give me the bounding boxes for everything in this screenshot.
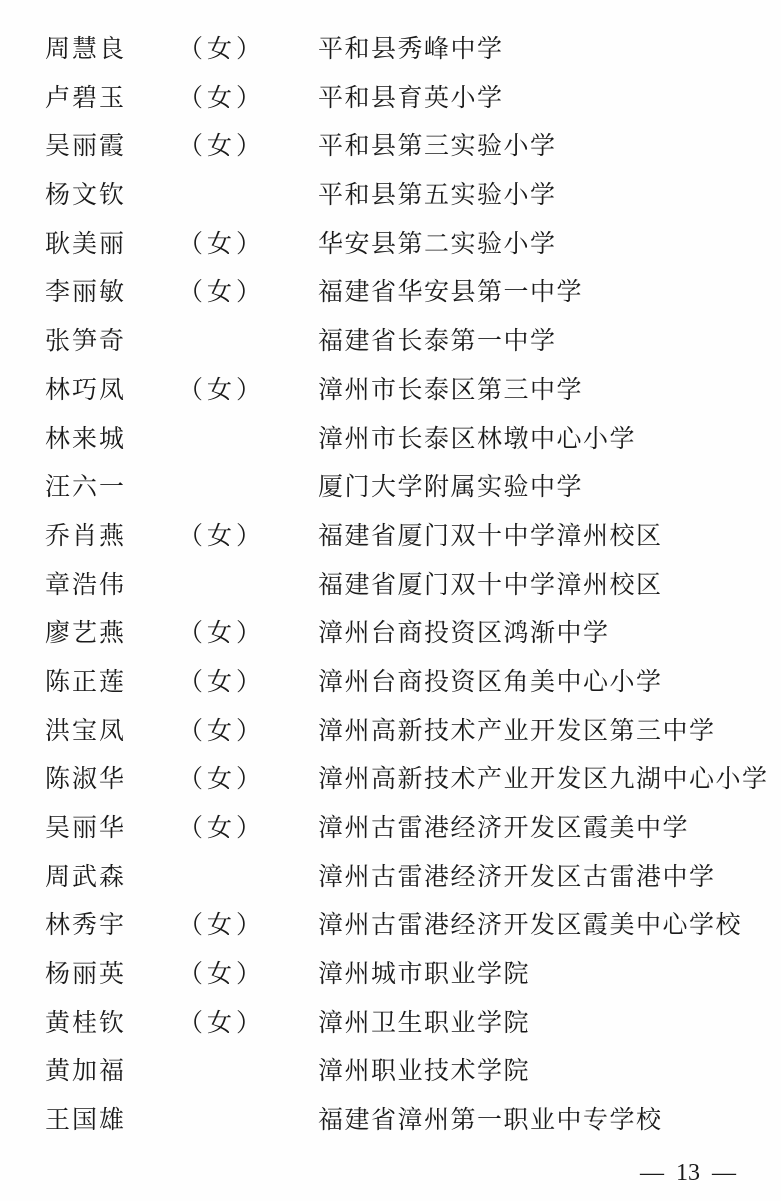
person-name: 周武森	[45, 855, 126, 904]
list-item: 陈正莲 （女） 漳州台商投资区角美中心小学	[0, 660, 781, 709]
document-page: 周慧良 （女） 平和县秀峰中学 卢碧玉 （女） 平和县育英小学 吴丽霞 （女） …	[0, 0, 781, 1201]
gender-note: （女）	[178, 27, 265, 76]
person-name: 杨丽英	[45, 952, 126, 1001]
person-name: 杨文钦	[45, 173, 126, 222]
school-name: 漳州高新技术产业开发区第三中学	[318, 709, 716, 758]
gender-note: （女）	[178, 76, 265, 125]
person-name: 吴丽华	[45, 806, 126, 855]
gender-note: （女）	[178, 757, 265, 806]
list-item: 林来城 漳州市长泰区林墩中心小学	[0, 417, 781, 466]
person-name: 章浩伟	[45, 563, 126, 612]
school-name: 福建省长泰第一中学	[318, 319, 557, 368]
person-name: 汪六一	[45, 465, 126, 514]
gender-note: （女）	[178, 368, 265, 417]
school-name: 平和县第五实验小学	[318, 173, 557, 222]
list-item: 廖艺燕 （女） 漳州台商投资区鸿渐中学	[0, 611, 781, 660]
school-name: 平和县第三实验小学	[318, 124, 557, 173]
list-item: 杨丽英 （女） 漳州城市职业学院	[0, 952, 781, 1001]
list-item: 黄桂钦 （女） 漳州卫生职业学院	[0, 1001, 781, 1050]
school-name: 漳州城市职业学院	[318, 952, 530, 1001]
person-name: 李丽敏	[45, 270, 126, 319]
school-name: 漳州台商投资区鸿渐中学	[318, 611, 610, 660]
person-name: 陈正莲	[45, 660, 126, 709]
school-name: 漳州高新技术产业开发区九湖中心小学	[318, 757, 769, 806]
list-item: 王国雄 福建省漳州第一职业中专学校	[0, 1098, 781, 1147]
person-name: 林秀宇	[45, 903, 126, 952]
school-name: 福建省漳州第一职业中专学校	[318, 1098, 663, 1147]
list-item: 乔肖燕 （女） 福建省厦门双十中学漳州校区	[0, 514, 781, 563]
list-item: 吴丽霞 （女） 平和县第三实验小学	[0, 124, 781, 173]
school-name: 福建省厦门双十中学漳州校区	[318, 514, 663, 563]
gender-note: （女）	[178, 903, 265, 952]
gender-note: （女）	[178, 124, 265, 173]
honoree-list: 周慧良 （女） 平和县秀峰中学 卢碧玉 （女） 平和县育英小学 吴丽霞 （女） …	[0, 27, 781, 1147]
gender-note: （女）	[178, 660, 265, 709]
list-item: 林巧凤 （女） 漳州市长泰区第三中学	[0, 368, 781, 417]
page-number: — 13 —	[640, 1158, 736, 1188]
person-name: 林巧凤	[45, 368, 126, 417]
gender-note: （女）	[178, 222, 265, 271]
list-item: 卢碧玉 （女） 平和县育英小学	[0, 76, 781, 125]
school-name: 漳州市长泰区第三中学	[318, 368, 583, 417]
gender-note: （女）	[178, 1001, 265, 1050]
person-name: 周慧良	[45, 27, 126, 76]
person-name: 黄桂钦	[45, 1001, 126, 1050]
person-name: 黄加福	[45, 1049, 126, 1098]
person-name: 林来城	[45, 417, 126, 466]
school-name: 平和县秀峰中学	[318, 27, 504, 76]
gender-note: （女）	[178, 709, 265, 758]
person-name: 王国雄	[45, 1098, 126, 1147]
person-name: 洪宝凤	[45, 709, 126, 758]
list-item: 黄加福 漳州职业技术学院	[0, 1049, 781, 1098]
list-item: 汪六一 厦门大学附属实验中学	[0, 465, 781, 514]
list-item: 陈淑华 （女） 漳州高新技术产业开发区九湖中心小学	[0, 757, 781, 806]
gender-note: （女）	[178, 611, 265, 660]
school-name: 福建省华安县第一中学	[318, 270, 583, 319]
school-name: 漳州职业技术学院	[318, 1049, 530, 1098]
list-item: 章浩伟 福建省厦门双十中学漳州校区	[0, 563, 781, 612]
person-name: 乔肖燕	[45, 514, 126, 563]
list-item: 洪宝凤 （女） 漳州高新技术产业开发区第三中学	[0, 709, 781, 758]
gender-note: （女）	[178, 806, 265, 855]
list-item: 张笋奇 福建省长泰第一中学	[0, 319, 781, 368]
person-name: 耿美丽	[45, 222, 126, 271]
school-name: 华安县第二实验小学	[318, 222, 557, 271]
list-item: 李丽敏 （女） 福建省华安县第一中学	[0, 270, 781, 319]
gender-note: （女）	[178, 514, 265, 563]
list-item: 耿美丽 （女） 华安县第二实验小学	[0, 222, 781, 271]
person-name: 廖艺燕	[45, 611, 126, 660]
school-name: 福建省厦门双十中学漳州校区	[318, 563, 663, 612]
person-name: 卢碧玉	[45, 76, 126, 125]
person-name: 吴丽霞	[45, 124, 126, 173]
list-item: 周慧良 （女） 平和县秀峰中学	[0, 27, 781, 76]
school-name: 漳州古雷港经济开发区古雷港中学	[318, 855, 716, 904]
school-name: 厦门大学附属实验中学	[318, 465, 583, 514]
person-name: 陈淑华	[45, 757, 126, 806]
school-name: 漳州市长泰区林墩中心小学	[318, 417, 636, 466]
list-item: 周武森 漳州古雷港经济开发区古雷港中学	[0, 855, 781, 904]
list-item: 吴丽华 （女） 漳州古雷港经济开发区霞美中学	[0, 806, 781, 855]
school-name: 漳州古雷港经济开发区霞美中心学校	[318, 903, 742, 952]
school-name: 漳州卫生职业学院	[318, 1001, 530, 1050]
school-name: 漳州台商投资区角美中心小学	[318, 660, 663, 709]
school-name: 平和县育英小学	[318, 76, 504, 125]
school-name: 漳州古雷港经济开发区霞美中学	[318, 806, 689, 855]
gender-note: （女）	[178, 952, 265, 1001]
person-name: 张笋奇	[45, 319, 126, 368]
list-item: 杨文钦 平和县第五实验小学	[0, 173, 781, 222]
gender-note: （女）	[178, 270, 265, 319]
list-item: 林秀宇 （女） 漳州古雷港经济开发区霞美中心学校	[0, 903, 781, 952]
